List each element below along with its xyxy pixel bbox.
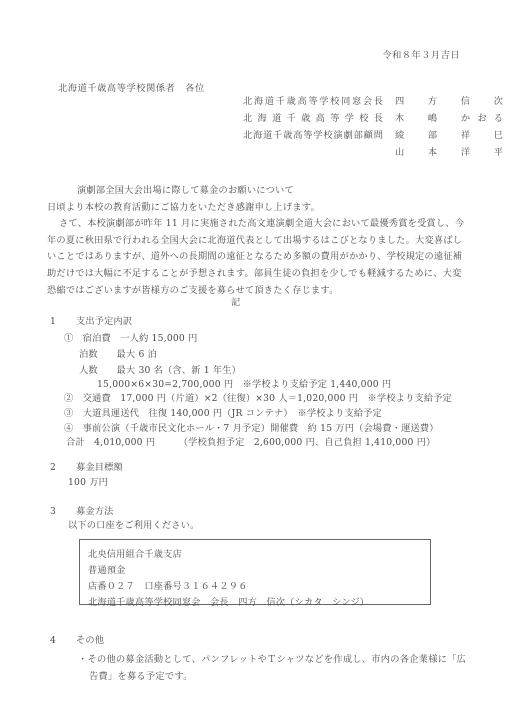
- other-note-line: ・その他の募金活動として、パンフレットやＴシャツなどを作成し、市内の各企業様に「…: [78, 651, 478, 668]
- bank-account-box: 北央信用組合千歳支店 普通預金 店番０２７ 口座番号３１６４２９６ 北海道千歳高…: [79, 539, 431, 605]
- section-number: 2: [50, 463, 76, 472]
- sender-name: 四 方 信 次: [395, 97, 503, 106]
- sender-org: 北海道千歳高等学校長: [243, 114, 383, 123]
- sender-org: 北海道千歳高等学校演劇部顧問: [243, 131, 383, 140]
- ki-heading: 記: [231, 298, 240, 307]
- sender-name: 山 本 洋 平: [395, 148, 503, 157]
- section-title: 支出予定内訳: [76, 316, 132, 327]
- item-people: 人数 最大 30 名（含、新 1 年生）: [79, 366, 241, 375]
- section-number: 3: [50, 507, 76, 516]
- body-paragraph: さて、本校演劇部が昨年 11 月に実施された高文連演劇全道大会において最優秀賞を…: [47, 216, 467, 299]
- account-type: 普通預金: [88, 563, 430, 579]
- account-intro: 以下の口座をご利用ください。: [68, 521, 199, 530]
- sender-name: 木 嶋 かおる: [395, 114, 503, 123]
- section-number: 1: [50, 317, 76, 326]
- other-note-line: 告費」を募る予定です。: [78, 668, 478, 685]
- account-holder: 北海道千歳高等学校同窓会 会長 四方 信次（シカタ シンジ）: [88, 595, 430, 611]
- section-title: 募金方法: [76, 506, 114, 517]
- sender-name: 綾 部 祥 巳: [395, 131, 503, 140]
- section-4-heading: 4その他: [50, 636, 104, 645]
- item-lodging-calc: 15,000×6×30=2,700,000 円 ※学校より支給予定 1,440,…: [97, 380, 391, 389]
- sender-org: 北海道千歳高等学校同窓会長: [243, 97, 383, 106]
- section-3-heading: 3募金方法: [50, 507, 114, 516]
- section-title: その他: [76, 635, 104, 646]
- item-props-shipping: ③ 大道具運送代 往復 140,000 円（JR コンテナ） ※学校より支給予定: [64, 409, 382, 418]
- subject: 演劇部全国大会出場に際して募金のお願いについて: [47, 183, 467, 200]
- section-2-heading: 2募金目標額: [50, 463, 123, 472]
- date: 令和８年３月吉日: [383, 51, 461, 60]
- addressee: 北海道千歳高等学校関係者 各位: [58, 84, 205, 93]
- item-transport: ② 交通費 17,000 円（片道）×2（往復）×30 人＝1,020,000 …: [64, 394, 452, 403]
- account-number: 店番０２７ 口座番号３１６４２９６: [88, 579, 430, 595]
- item-nights: 泊数 最大 6 泊: [79, 350, 157, 359]
- bank-name: 北央信用組合千歳支店: [88, 547, 430, 563]
- letter-body: 演劇部全国大会出場に際して募金のお願いについて 日頃より本校の教育活動にご協力を…: [47, 183, 467, 299]
- item-total: 合計 4,010,000 円 （学校負担予定 2,600,000 円、自己負担 …: [66, 438, 435, 447]
- section-number: 4: [50, 636, 76, 645]
- greeting: 日頃より本校の教育活動にご協力をいただき感謝申し上げます。: [47, 200, 467, 217]
- item-lodging: ① 宿泊費 一人約 15,000 円: [64, 334, 197, 343]
- fundraising-target: 100 万円: [68, 478, 108, 487]
- section-title: 募金目標額: [76, 462, 123, 473]
- item-preview-performance: ④ 事前公演（千歳市民文化ホール・7 月予定）開催費 約 15 万円（会場費・運…: [64, 424, 439, 433]
- other-note: ・その他の募金活動として、パンフレットやＴシャツなどを作成し、市内の各企業様に「…: [78, 651, 478, 685]
- section-1-heading: 1支出予定内訳: [50, 317, 132, 326]
